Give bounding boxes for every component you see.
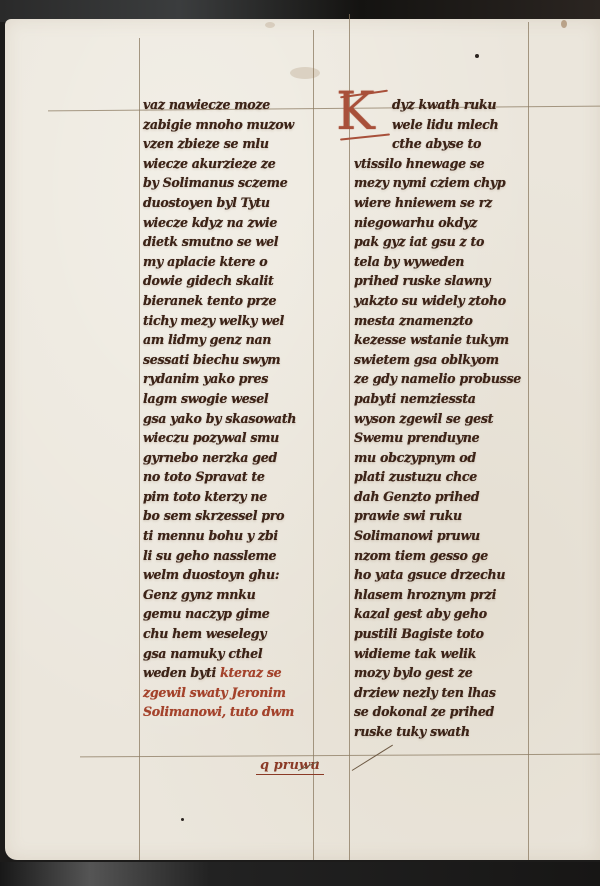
text-line: wyson zgewil se gest: [354, 409, 534, 429]
text-line: lagm swogie wesel: [143, 389, 323, 409]
text-line: plati zustuzu chce: [354, 467, 534, 487]
text-line: wiecze akurzieze ze: [143, 154, 323, 174]
stain: [561, 20, 567, 28]
text-line: vaz nawiecze moze: [143, 95, 323, 115]
text-line: mesta znamenzto: [354, 311, 534, 331]
text-line: no toto Spravat te: [143, 467, 323, 487]
catchword: q pruwu: [256, 758, 324, 775]
text-line: gsa yako by skasowath: [143, 409, 323, 429]
text-line: by Solimanus sczeme: [143, 173, 323, 193]
text-line: am lidmy genz nan: [143, 330, 323, 350]
text-line: vtissilo hnewage se: [354, 154, 534, 174]
scan-backdrop-bottom: [0, 862, 600, 886]
text-line: ti mennu bohu y zbi: [143, 526, 323, 546]
text-line: cthe abyse to: [354, 134, 534, 154]
text-line: se dokonal ze prihed: [354, 702, 534, 722]
text-line: welm duostoyn ghu:: [143, 565, 323, 585]
text-line: Genz gynz mnku: [143, 585, 323, 605]
ink-dot: [181, 818, 184, 821]
text-line: zabigie mnoho muzow: [143, 115, 323, 135]
text-line: Solimanowi pruwu: [354, 526, 534, 546]
left-text-column: vaz nawiecze moze zabigie mnoho muzow vz…: [143, 95, 323, 722]
text-line: dowie gidech skalit: [143, 271, 323, 291]
text-line: ho yata gsuce drzechu: [354, 565, 534, 585]
text-line: prihed ruske slawny: [354, 271, 534, 291]
text-line: duostoyen byl Tytu: [143, 193, 323, 213]
ink-dot: [475, 54, 479, 58]
text-line: hlasem hroznym przi: [354, 585, 534, 605]
text-line: vzen zbieze se mlu: [143, 134, 323, 154]
text-line: mezy nymi cziem chyp: [354, 173, 534, 193]
rubric-line: zgewil swaty Jeronim: [143, 683, 323, 703]
text-line: rydanim yako pres: [143, 369, 323, 389]
text-line: pustili Bagiste toto: [354, 624, 534, 644]
text-line: kazal gest aby geho: [354, 604, 534, 624]
text-line: gemu naczyp gime: [143, 604, 323, 624]
text-line: pabyti nemziessta: [354, 389, 534, 409]
stain: [290, 67, 320, 79]
text-line: my aplacie ktere o: [143, 252, 323, 272]
text-line: drziew nezly ten lhas: [354, 683, 534, 703]
text-line: gsa namuky cthel: [143, 644, 323, 664]
text-line: ze gdy namelio probusse: [354, 369, 534, 389]
right-text-column: dyz kwath ruku wele lidu mlech cthe abys…: [354, 95, 534, 742]
text-line: ruske tuky swath: [354, 722, 534, 742]
text-line: gyrnebo nerzka ged: [143, 448, 323, 468]
text-line-with-rubric: weden byti kteraz se: [143, 663, 323, 683]
rubric-segment: kteraz se: [220, 665, 281, 680]
text-line: Swemu prenduyne: [354, 428, 534, 448]
text-line: dietk smutno se wel: [143, 232, 323, 252]
text-line: yakzto su widely ztoho: [354, 291, 534, 311]
text-segment: weden byti: [143, 665, 216, 680]
text-line: wiere hniewem se rz: [354, 193, 534, 213]
ruling-left-outer: [139, 38, 140, 860]
rubric-line: Solimanowi, tuto dwm: [143, 702, 323, 722]
text-line: chu hem weselegy: [143, 624, 323, 644]
text-line: pim toto kterzy ne: [143, 487, 323, 507]
text-line: swietem gsa oblkyom: [354, 350, 534, 370]
text-line: mu obczypnym od: [354, 448, 534, 468]
text-line: bo sem skrzessel pro: [143, 506, 323, 526]
text-line: dah Genzto prihed: [354, 487, 534, 507]
text-line: prawie swi ruku: [354, 506, 534, 526]
text-line: wiecze kdyz na zwie: [143, 213, 323, 233]
stain: [265, 22, 275, 28]
text-line: bieranek tento prze: [143, 291, 323, 311]
text-line: wele lidu mlech: [354, 115, 534, 135]
text-line: tela by wyweden: [354, 252, 534, 272]
text-line: sessati biechu swym: [143, 350, 323, 370]
text-line: tichy mezy welky wel: [143, 311, 323, 331]
text-line: nzom tiem gesso ge: [354, 546, 534, 566]
text-line: wieczu pozywal smu: [143, 428, 323, 448]
text-line: niegowarhu okdyz: [354, 213, 534, 233]
text-line: kezesse wstanie tukym: [354, 330, 534, 350]
text-line: pak gyz iat gsu z to: [354, 232, 534, 252]
text-line: widieme tak welik: [354, 644, 534, 664]
text-line: mozy bylo gest ze: [354, 663, 534, 683]
text-line: li su geho nassleme: [143, 546, 323, 566]
text-line: dyz kwath ruku: [354, 95, 534, 115]
